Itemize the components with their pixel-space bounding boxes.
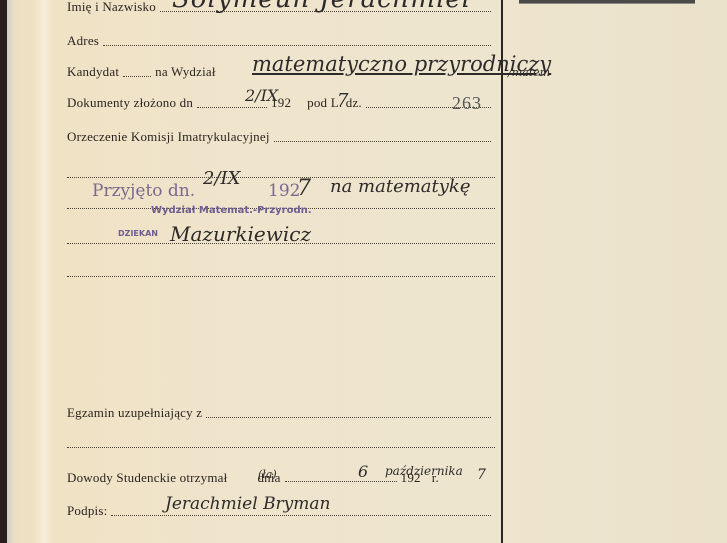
documents-date: 2/IX <box>245 86 278 105</box>
accepted-note: na matematykę <box>330 176 471 197</box>
student-ids-label: Dowody Studenckie otrzymał <box>67 470 227 486</box>
candidate-row: Kandydat na Wydział <box>67 64 216 80</box>
student-ids-row: Dowody Studenckie otrzymał dnia 192 r. <box>67 470 439 486</box>
address-label: Adres <box>67 33 99 49</box>
address-row: Adres <box>67 33 495 49</box>
documents-year-digit: 7 <box>337 90 348 111</box>
documents-row: Dokumenty złożono dn 192 pod L. dz. <box>67 95 495 111</box>
signature-value: Jerachmiel Bryman <box>165 494 331 514</box>
student-ids-year-digit: 7 <box>477 467 486 483</box>
photo-box-edge <box>519 0 695 4</box>
faculty-label: na Wydział <box>155 64 216 80</box>
documents-ref-number: 263 <box>452 93 482 114</box>
commission-label: Orzeczenie Komisji Imatrykulacyjnej <box>67 129 270 145</box>
student-ids-day: 6 <box>358 462 368 481</box>
name-value: Sołymeun Jerachmiel <box>172 0 471 14</box>
student-ids-suffix: (ła) <box>258 468 277 481</box>
documents-label: Dokumenty złożono dn <box>67 95 193 111</box>
candidate-label: Kandydat <box>67 64 119 80</box>
faculty-stamp: Wydział Matemat.-Przyrodn. <box>151 205 312 216</box>
commission-row: Orzeczenie Komisji Imatrykulacyjnej <box>67 129 495 145</box>
dean-signature: Mazurkiewicz <box>170 222 311 246</box>
faculty-note: /matem <box>508 66 550 79</box>
paper-fold <box>34 0 54 543</box>
document-page: Imię i Nazwisko Sołymeun Jerachmiel Adre… <box>0 0 727 543</box>
exam-label: Egzamin uzupełniający z <box>67 405 202 421</box>
dean-label: DZIEKAN <box>118 229 158 238</box>
student-ids-month: października <box>385 464 463 478</box>
accepted-date: 2/IX <box>203 168 240 189</box>
name-label: Imię i Nazwisko <box>67 0 156 15</box>
faculty-value: matematyczno przyrodniczy <box>252 52 551 76</box>
signature-label: Podpis: <box>67 503 107 519</box>
form-border-line <box>501 0 503 543</box>
accepted-year-prefix: 192 <box>268 181 300 201</box>
accepted-stamp-label: Przyjęto dn. <box>92 181 195 201</box>
exam-row: Egzamin uzupełniający z <box>67 405 495 421</box>
accepted-year-digit: 7 <box>297 176 311 201</box>
